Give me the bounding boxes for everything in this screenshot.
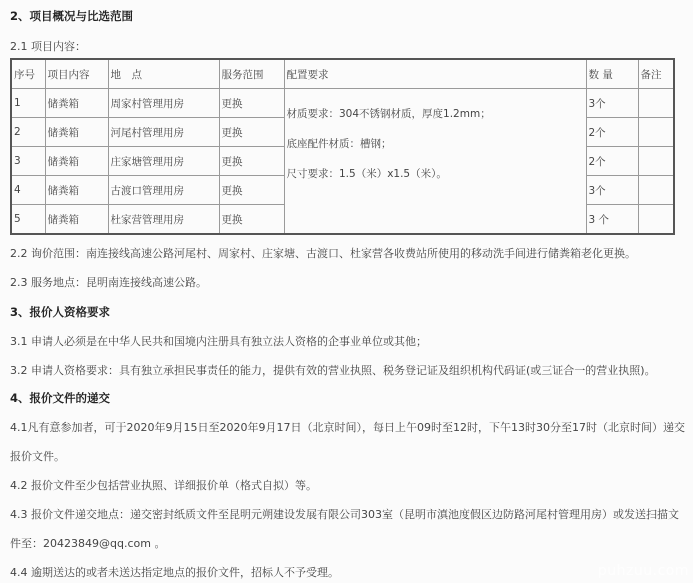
- table-header-row: 序号 项目内容 地 点 服务范围 配置要求 数 量 备注: [11, 59, 674, 89]
- cell-location: 古渡口管理用房: [108, 176, 219, 205]
- section-2-1-label: 2.1 项目内容：: [10, 38, 86, 54]
- section-3-1-text: 3.1 申请人必须是在中华人民共和国境内注册具有独立法人资格的企事业单位或其他；: [10, 333, 427, 349]
- config-material: 材质要求：304不锈钢材质，厚度1.2mm；: [287, 99, 586, 129]
- cell-location: 周家村管理用房: [108, 89, 219, 118]
- section-4-1-text-line1: 4.1凡有意参加者，可于2020年9月15日至2020年9月17日（北京时间），…: [10, 419, 685, 435]
- section-3-2-text: 3.2 申请人资格要求：具有独立承担民事责任的能力，提供有效的营业执照、税务登记…: [10, 362, 656, 378]
- section-4-3-text-line1: 4.3 报价文件递交地点：递交密封纸质文件至昆明元朔建设发展有限公司303室（昆…: [10, 506, 679, 522]
- cell-item: 储粪箱: [45, 89, 108, 118]
- cell-note: [638, 147, 674, 176]
- cell-item: 储粪箱: [45, 205, 108, 235]
- project-items-table: 序号 项目内容 地 点 服务范围 配置要求 数 量 备注 1 储粪箱 周家村管理…: [10, 58, 675, 235]
- cell-no: 2: [11, 118, 45, 147]
- col-header-scope: 服务范围: [219, 59, 284, 89]
- section-2-heading: 2、项目概况与比选范围: [10, 8, 133, 24]
- cell-scope: 更换: [219, 176, 284, 205]
- col-header-location: 地 点: [108, 59, 219, 89]
- cell-location: 杜家营管理用房: [108, 205, 219, 235]
- col-header-config: 配置要求: [284, 59, 586, 89]
- config-base-material: 底座配件材质：槽钢；: [287, 129, 586, 159]
- col-header-item: 项目内容: [45, 59, 108, 89]
- cell-item: 储粪箱: [45, 176, 108, 205]
- cell-qty: 3个: [586, 89, 638, 118]
- document-page: 2、项目概况与比选范围 2.1 项目内容： 序号 项目内容 地 点 服务范围 配…: [0, 0, 693, 583]
- section-4-3-text-line2: 件至：20423849@qq.com 。: [10, 535, 165, 551]
- table-row: 1 储粪箱 周家村管理用房 更换 材质要求：304不锈钢材质，厚度1.2mm； …: [11, 89, 674, 118]
- cell-scope: 更换: [219, 147, 284, 176]
- section-2-2-inquiry-scope: 2.2 询价范围：南连接线高速公路河尾村、周家村、庄家塘、古渡口、杜家营各收费站…: [10, 245, 636, 261]
- cell-note: [638, 118, 674, 147]
- cell-item: 储粪箱: [45, 118, 108, 147]
- cell-scope: 更换: [219, 89, 284, 118]
- cell-note: [638, 89, 674, 118]
- section-2-3-service-location: 2.3 服务地点：昆明南连接线高速公路。: [10, 274, 207, 290]
- col-header-note: 备注: [638, 59, 674, 89]
- col-header-no: 序号: [11, 59, 45, 89]
- section-4-4-text: 4.4 逾期送达的或者未送达指定地点的报价文件，招标人不予受理。: [10, 564, 339, 580]
- cell-config-requirements: 材质要求：304不锈钢材质，厚度1.2mm； 底座配件材质：槽钢； 尺寸要求：1…: [284, 89, 586, 235]
- cell-note: [638, 176, 674, 205]
- cell-qty: 3个: [586, 176, 638, 205]
- section-3-heading: 3、报价人资格要求: [10, 304, 110, 320]
- section-4-heading: 4、报价文件的递交: [10, 390, 110, 406]
- cell-qty: 2个: [586, 147, 638, 176]
- section-4-2-text: 4.2 报价文件至少包括营业执照、详细报价单（格式自拟）等。: [10, 477, 317, 493]
- cell-no: 1: [11, 89, 45, 118]
- cell-scope: 更换: [219, 118, 284, 147]
- cell-no: 5: [11, 205, 45, 235]
- cell-item: 储粪箱: [45, 147, 108, 176]
- section-4-1-text-line2: 报价文件。: [10, 448, 65, 464]
- cell-location: 庄家塘管理用房: [108, 147, 219, 176]
- watermark: puhzuu.com: [598, 563, 689, 579]
- cell-note: [638, 205, 674, 235]
- cell-scope: 更换: [219, 205, 284, 235]
- cell-qty: 3 个: [586, 205, 638, 235]
- col-header-qty: 数 量: [586, 59, 638, 89]
- cell-location: 河尾村管理用房: [108, 118, 219, 147]
- cell-no: 4: [11, 176, 45, 205]
- config-size: 尺寸要求：1.5（米）x1.5（米）。: [287, 159, 586, 189]
- cell-no: 3: [11, 147, 45, 176]
- cell-qty: 2个: [586, 118, 638, 147]
